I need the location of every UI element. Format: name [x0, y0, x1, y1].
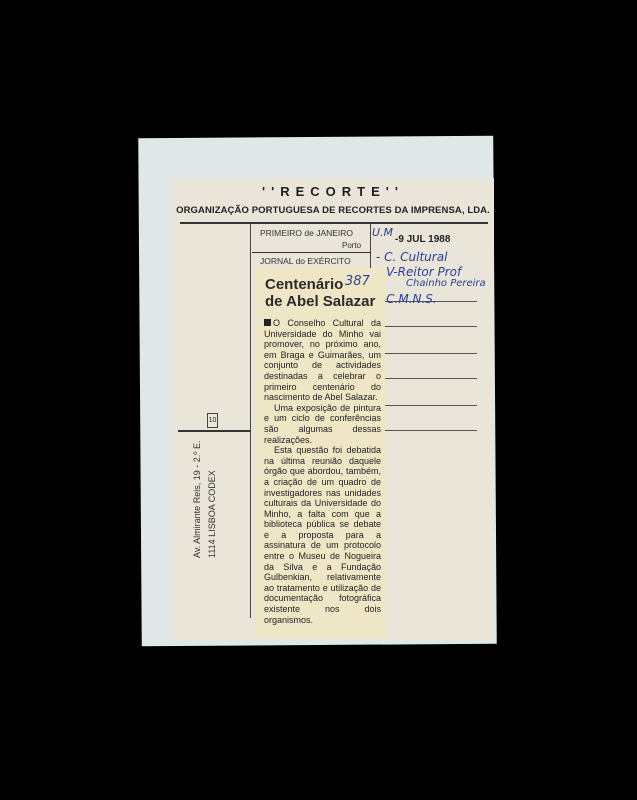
newspaper-clipping: Centenário de Abel Salazar 387 O Conselh…	[255, 268, 385, 638]
left-column-divider	[250, 223, 251, 618]
bullet-square-icon	[264, 319, 271, 326]
handwritten-routing-2: - V-Reitor Prof	[378, 265, 461, 279]
agency-address: Av. Almirante Reis, 19 - 2.º E. 1114 LIS…	[190, 440, 220, 558]
form-line	[382, 405, 477, 406]
handwritten-routing-3: Chainho Pereira	[406, 278, 486, 289]
city-field: Porto	[342, 241, 361, 250]
form-line	[382, 326, 477, 327]
form-line	[382, 430, 477, 431]
address-line-2: 1114 LISBOA CODEX	[205, 440, 220, 558]
article-body: O Conselho Cultural da Universidade do M…	[264, 318, 381, 625]
date-column-divider	[370, 223, 371, 273]
publication-field-2: JORNAL do EXÉRCITO	[260, 256, 351, 266]
publication-field: PRIMEIRO de JANEIRO	[260, 228, 353, 238]
address-line-1: Av. Almirante Reis, 19 - 2.º E.	[190, 440, 205, 558]
form-line	[382, 378, 477, 379]
handwritten-code: U.M	[372, 226, 393, 239]
form-line	[382, 353, 477, 354]
article-paragraph: O Conselho Cultural da Universidade do M…	[264, 318, 381, 403]
article-paragraph: Uma exposição de pintura e um ciclo de c…	[264, 403, 381, 445]
agency-subtitle: ORGANIZAÇÃO PORTUGUESA DE RECORTES DA IM…	[172, 205, 494, 216]
agency-title: ''RECORTE''	[172, 184, 494, 199]
header-rule	[180, 222, 488, 224]
field-rule	[252, 252, 370, 253]
date-stamp: -9 JUL 1988	[395, 234, 450, 245]
handwritten-routing-4: - C.M.N.S.	[378, 292, 437, 306]
article-paragraph-text: O Conselho Cultural da Universidade do M…	[264, 318, 381, 402]
box-number: 10	[207, 413, 218, 428]
handwritten-routing-1: - C. Cultural	[376, 250, 447, 264]
handwritten-title-note: 387	[345, 274, 370, 289]
address-rule	[178, 430, 250, 432]
article-paragraph: Esta questão foi debatida na última reun…	[264, 445, 381, 625]
article-title-line-2: de Abel Salazar	[265, 293, 375, 310]
